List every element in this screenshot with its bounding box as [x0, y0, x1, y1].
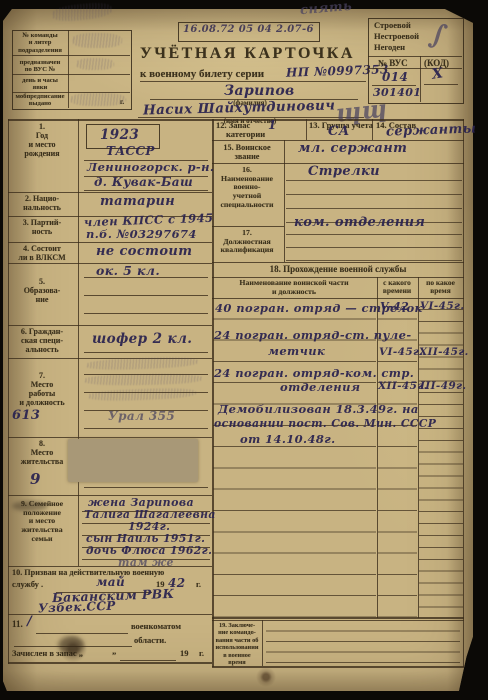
field-11-word1: военкоматом: [131, 622, 181, 632]
surname-handwritten: Зарипов: [224, 83, 295, 99]
field-17-label: 17. Должностная квалификация: [214, 229, 280, 255]
service-row1-from: V-42: [380, 300, 409, 313]
field-11-word3b: ”: [112, 651, 116, 661]
record-group-value: СА: [328, 124, 350, 139]
field-4-label: 4. Состоит ли в ВЛКСМ: [10, 245, 74, 263]
mob-row2-label: предназначен по ВУС №: [13, 59, 67, 74]
field-7-label: 7. Место работы и должность: [10, 372, 74, 408]
callup-republic: Узбек.ССР: [38, 599, 116, 616]
nationality-value: татарин: [100, 194, 175, 209]
line: [424, 84, 458, 85]
margin-number-613: 613: [12, 408, 40, 423]
field-6-label: 6. Граждан- ская специ- альность: [10, 328, 74, 355]
reserve-category-value: 1: [268, 118, 277, 132]
education-value: ок. 5 кл.: [96, 263, 160, 278]
line: [8, 662, 212, 664]
line: [84, 190, 208, 191]
service-row3-unit-line2: отделения: [280, 380, 360, 394]
field-19-label: 19. Заключе- ние командо- вания части об…: [213, 622, 261, 667]
komsomol-value: не состоит: [96, 244, 192, 259]
field-2-label: 2. Нацио- нальность: [10, 195, 74, 213]
civil-specialty-value: шофер 2 кл.: [92, 331, 192, 347]
line: [84, 428, 208, 429]
line: [262, 620, 263, 666]
line: [84, 487, 208, 488]
line: [68, 30, 69, 108]
service-row3-unit-line1: 24 погран. отряд-ком. стр.: [214, 366, 414, 380]
line: [84, 374, 208, 375]
margin-number-9: 9: [30, 470, 41, 488]
line: [8, 242, 212, 243]
line: [140, 81, 366, 82]
line: [84, 352, 208, 353]
party-line2: п.б. №03297674: [86, 227, 197, 241]
vus-value-1: 014: [382, 70, 408, 84]
mob-row1-label: № команды и литер подразделения: [13, 32, 67, 54]
line: [368, 68, 462, 69]
field-10-printed-2: службу .: [12, 580, 43, 590]
military-rank-value: мл. сержант: [298, 141, 407, 156]
mob-row3-label: день и часы явки: [13, 77, 67, 92]
service-table-title: 18. Прохождение военной службы: [212, 264, 464, 274]
line: [306, 119, 307, 140]
line: [120, 660, 176, 661]
line: [12, 74, 130, 75]
field-15-label: 15. Воинское звание: [214, 143, 280, 161]
service-col-unit-header: Наименование воинской части и должность: [214, 279, 374, 296]
field-16-label: 16. Наименование военно- учетной специал…: [214, 166, 280, 210]
code-mark: Х: [431, 65, 444, 82]
line: [212, 617, 464, 619]
faint-pencil-scribble: [72, 33, 122, 48]
mob-row4-label: мобпредписание выдано: [13, 93, 67, 108]
field-5-label: 5. Образова- ние: [10, 278, 74, 305]
demobilization-line2: основании пост. Сов. Мин. СССР: [214, 417, 436, 430]
line: [36, 633, 128, 634]
line: [84, 295, 208, 296]
field-11-word5: г.: [199, 649, 204, 659]
service-row2-from: VI-45г.: [379, 346, 423, 358]
fitness-option-2: Нестроевой: [374, 32, 419, 42]
line: [84, 392, 208, 393]
line: [12, 55, 130, 56]
vus-name-value: Стрелки: [308, 164, 380, 179]
redacted-address-block: [68, 439, 198, 482]
workplace-pencil-value: Урал 355: [108, 409, 175, 423]
faint-pencil-scribble: [76, 58, 114, 70]
subtitle-printed: к военному билету серии: [140, 68, 264, 80]
service-col-from-header: с какого времени: [377, 279, 417, 296]
service-row2-unit-line2: метчик: [268, 344, 325, 358]
ink-smudge: [12, 501, 48, 511]
scanned-military-registration-card: снять 16.08.72 05 04 2.07-6 № команды и …: [0, 0, 488, 700]
line: [463, 119, 464, 667]
year-value: 1923: [100, 127, 139, 143]
service-row1-to: VI-45г.: [420, 300, 464, 312]
fitness-option-1: Строевой: [374, 21, 411, 31]
field-11-word2: области.: [134, 636, 166, 646]
line: [78, 119, 79, 566]
field-10-printed-1: 10. Призван на действительную военную: [12, 568, 164, 577]
field-3-label: 3. Партий- ность: [10, 219, 74, 237]
line: [212, 226, 284, 227]
position-qualification-value: ком. отделения: [294, 215, 425, 230]
field-11-number: 11.: [12, 619, 23, 629]
date-stamp-numbers: 16.08.72 05 04 2.07-6: [183, 24, 314, 35]
field-1-label: 1. Год и место рождения: [10, 123, 74, 159]
line: [284, 140, 285, 262]
ruled-lines: [266, 621, 460, 665]
service-col-to-header: по какое время: [418, 279, 463, 296]
service-row2-unit-line1: 24 погран. отряд-ст. пуле-: [214, 328, 412, 342]
line: [84, 277, 208, 278]
line: [8, 325, 212, 326]
faint-stamp-smear: [70, 93, 126, 106]
fitness-option-3: Негоден: [374, 43, 405, 53]
service-row2-to: XII-45г.: [419, 346, 469, 358]
card-title: УЧЁТНАЯ КАРТОЧКА: [140, 45, 352, 63]
line: [8, 437, 212, 438]
birthplace-line1: ТАССР: [106, 144, 155, 158]
field-8-label: 8. Место жительства: [10, 440, 74, 467]
demobilization-line3: от 14.10.48г.: [240, 432, 336, 446]
line: [368, 56, 462, 57]
field-11-word4: 19: [180, 649, 189, 659]
field-10-printed-4: г.: [196, 580, 201, 590]
service-row3-to: III-49г.: [420, 380, 466, 392]
composition-value: сержанты: [386, 121, 477, 139]
vus-value-2: 301401: [373, 86, 421, 99]
line: [8, 119, 9, 664]
birthplace-line2: Лениногорск. р-н.: [87, 160, 214, 174]
line: [8, 192, 212, 193]
field-12-printed-2: категории: [226, 130, 265, 140]
field-11-pen-mark: /: [27, 614, 32, 629]
line: [8, 566, 212, 567]
birthplace-line3: д. Кувак-Баш: [94, 175, 193, 189]
line: [84, 313, 208, 314]
ink-smudge: [58, 636, 84, 654]
vus-label: № ВУС: [378, 58, 408, 68]
line: [212, 262, 464, 263]
demobilization-line1: Демобилизован 18.3.49г. на: [218, 402, 419, 416]
